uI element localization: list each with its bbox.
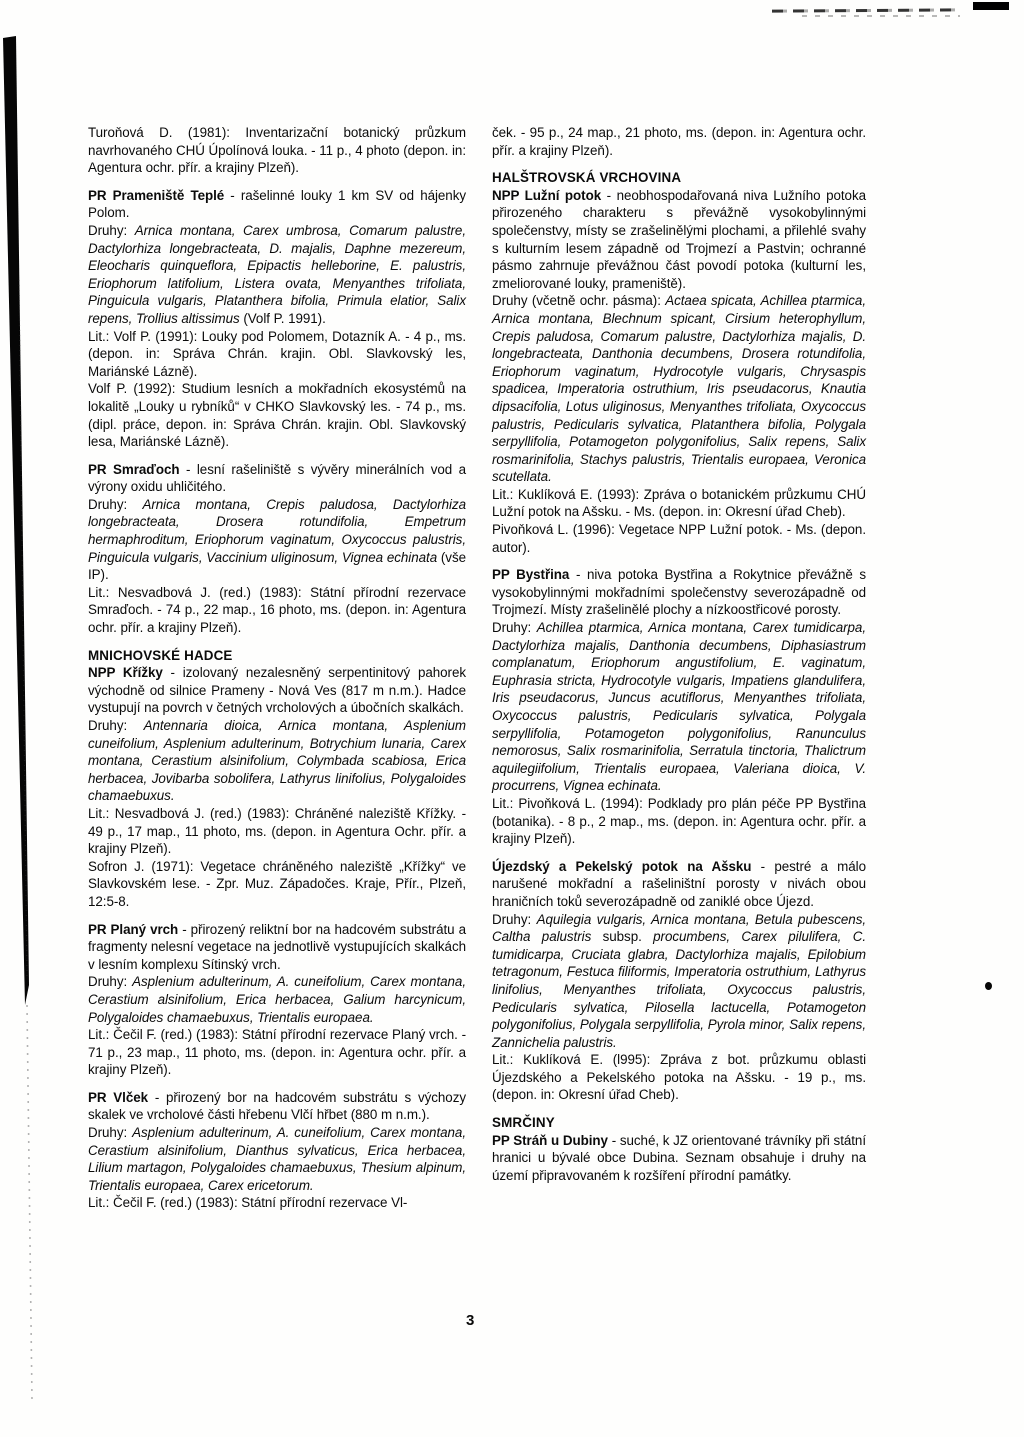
paragraph: Lit.: Čečil F. (red.) (1983): Státní pří… [88,1026,466,1079]
paragraph: NPP Křížky - izolovaný nezalesněný serpe… [88,664,466,717]
text-run: PR Planý vrch [88,922,178,937]
text-run: Actaea spicata, Achillea ptarmica, Arnic… [492,293,866,484]
text-run: (Volf P. 1991). [240,311,326,326]
scan-streak-left-edge [0,30,44,1430]
text-run: Pivoňková L. (1996): Vegetace NPP Lužní … [492,522,866,555]
scan-dot [985,982,992,990]
paragraph: Újezdský a Pekelský potok na Ašsku - pes… [492,858,866,911]
text-run: procumbens, Carex pilulifera, C. tumidic… [492,929,866,1050]
paragraph: PR Smraďoch - lesní rašeliniště s vývěry… [88,461,466,496]
paragraph: Volf P. (1992): Studium lesních a mokřad… [88,380,466,450]
paragraph: PR Prameniště Teplé - rašelinné louky 1 … [88,187,466,222]
paragraph: Druhy (včetně ochr. pásma): Actaea spica… [492,292,866,486]
page-number: 3 [466,1312,474,1329]
paragraph: Lit.: Volf P. (1991): Louky pod Polomem,… [88,328,466,381]
text-run: Lit.: Čečil F. (red.) (1983): Státní pří… [88,1027,466,1077]
text-run: PR Prameniště Teplé [88,188,224,203]
text-run: SMRČINY [492,1115,555,1130]
text-run: PR Smraďoch [88,462,180,477]
paragraph: PR Vlček - přirozený bor na hadcovém sub… [88,1089,466,1124]
text-run: MNICHOVSKÉ HADCE [88,648,233,663]
paragraph: Lit.: Pivoňková L. (1994): Podklady pro … [492,795,866,848]
section-heading: SMRČINY [492,1114,866,1132]
paragraph: Lit.: Kuklíková E. (1993): Zpráva o bota… [492,486,866,521]
text-run: ček. - 95 p., 24 map., 21 photo, ms. (de… [492,125,866,158]
text-run: Lit.: Čečil F. (red.) (1983): Státní pří… [88,1195,407,1210]
paragraph: Lit.: Kuklíková E. (l995): Zpráva z bot.… [492,1051,866,1104]
section-heading: MNICHOVSKÉ HADCE [88,647,466,665]
text-run: Druhy: [88,497,142,512]
text-run: Druhy: [88,718,144,733]
text-run: PP Bystřina [492,567,569,582]
text-run: Volf P. (1992): Studium lesních a mokřad… [88,381,466,449]
text-run: PR Vlček [88,1090,148,1105]
text-run: Antennaria dioica, Arnica montana, Asple… [88,718,466,803]
text-run: - neobhospodařovaná niva Lužního potoka … [492,188,866,291]
paragraph: Druhy: Achillea ptarmica, Arnica montana… [492,619,866,795]
text-run: NPP Křížky [88,665,163,680]
text-run: Arnica montana, Crepis paludosa, Dactylo… [88,497,466,565]
section-heading: HALŠTROVSKÁ VRCHOVINA [492,169,866,187]
scan-dashed-line-faint [802,15,960,17]
text-run: Sofron J. (1971): Vegetace chráněného na… [88,859,466,909]
scan-mark-top-right-bar [973,2,1009,10]
text-run: Lit.: Volf P. (1991): Louky pod Polomem,… [88,329,466,379]
scan-dashed-line [772,8,958,12]
text-run: Druhy (včetně ochr. pásma): [492,293,665,308]
text-run: Druhy: [88,223,135,238]
paragraph: Turoňová D. (1981): Inventarizační botan… [88,124,466,177]
text-run: Druhy: [88,1125,132,1140]
right-column: ček. - 95 p., 24 map., 21 photo, ms. (de… [492,124,866,1184]
paragraph: PP Bystřina - niva potoka Bystřina a Rok… [492,566,866,619]
paragraph: Druhy: Arnica montana, Carex umbrosa, Co… [88,222,466,328]
paragraph: NPP Lužní potok - neobhospodařovaná niva… [492,187,866,293]
paragraph: Sofron J. (1971): Vegetace chráněného na… [88,858,466,911]
text-run: subsp. [603,929,654,944]
paragraph: Druhy: Asplenium adulterinum, A. cuneifo… [88,1124,466,1194]
text-run: Druhy: [492,620,537,635]
paragraph: Druhy: Asplenium adulterinum, A. cuneifo… [88,973,466,1026]
paragraph: PP Stráň u Dubiny - suché, k JZ orientov… [492,1132,866,1185]
text-run: NPP Lužní potok [492,188,601,203]
text-run: Achillea ptarmica, Arnica montana, Carex… [492,620,866,793]
text-run: Lit.: Nesvadbová J. (red.) (1983): Státn… [88,585,466,635]
paragraph: ček. - 95 p., 24 map., 21 photo, ms. (de… [492,124,866,159]
paragraph: Lit.: Čečil F. (red.) (1983): Státní pří… [88,1194,466,1212]
text-run: Lit.: Kuklíková E. (l995): Zpráva z bot.… [492,1052,866,1102]
text-run: Lit.: Pivoňková L. (1994): Podklady pro … [492,796,866,846]
paragraph: Druhy: Aquilegia vulgaris, Arnica montan… [492,911,866,1052]
paragraph: Lit.: Nesvadbová J. (red.) (1983): Státn… [88,584,466,637]
text-run: Újezdský a Pekelský potok na Ašsku [492,859,751,874]
text-run: PP Stráň u Dubiny [492,1133,608,1148]
paragraph: PR Planý vrch - přirozený reliktní bor n… [88,921,466,974]
paragraph: Druhy: Antennaria dioica, Arnica montana… [88,717,466,805]
left-column: Turoňová D. (1981): Inventarizační botan… [88,124,466,1212]
paragraph: Druhy: Arnica montana, Crepis paludosa, … [88,496,466,584]
text-run: Druhy: [88,974,132,989]
text-run: Lit.: Nesvadbová J. (red.) (1983): Chrán… [88,806,466,856]
text-run: Turoňová D. (1981): Inventarizační botan… [88,125,466,175]
paragraph: Pivoňková L. (1996): Vegetace NPP Lužní … [492,521,866,556]
text-run: Asplenium adulterinum, A. cuneifolium, C… [88,1125,466,1193]
text-run: Lit.: Kuklíková E. (1993): Zpráva o bota… [492,487,866,520]
text-run: Druhy: [492,912,537,927]
text-run: HALŠTROVSKÁ VRCHOVINA [492,170,681,185]
text-run: Asplenium adulterinum, A. cuneifolium, C… [88,974,466,1024]
paragraph: Lit.: Nesvadbová J. (red.) (1983): Chrán… [88,805,466,858]
